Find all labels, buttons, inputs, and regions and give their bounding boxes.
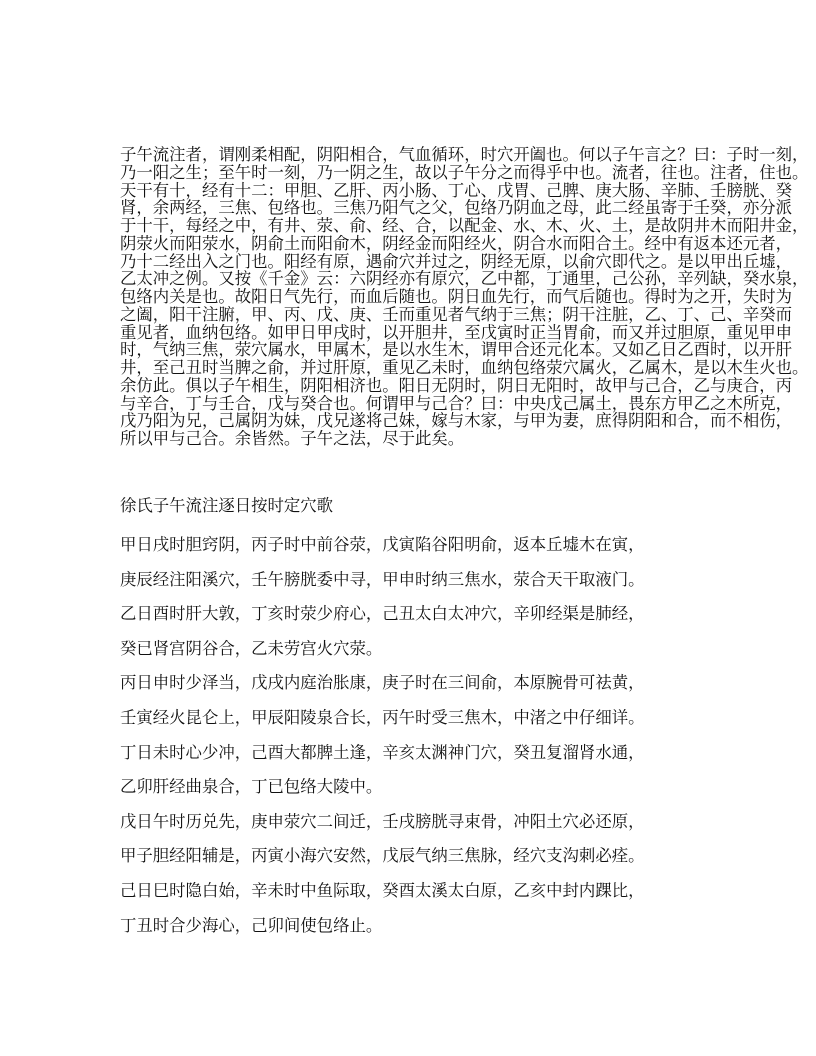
verse-line: 丙日申时少泽当，戊戌内庭治胀康，庚子时在三间俞，本原腕骨可祛黄， (120, 673, 645, 708)
section-heading: 徐氏子午流注逐日按时定穴歌 (120, 496, 333, 516)
prose-line: 肾，余两经，三焦、包络也。三焦乃阳气之父，包络乃阴血之母，此二经虽寄于壬癸，亦分… (120, 199, 700, 217)
prose-line: 重见者，血纳包络。如甲日甲戌时，以开胆井，至戊寅时正当胃俞，而又并过胆原，重见甲… (120, 324, 700, 342)
verse-line: 戊日午时历兑先，庚申荥穴二间迁，壬戌膀胱寻束骨，冲阳土穴必还原， (120, 812, 645, 847)
prose-line: 戊乃阳为兄，己属阴为妹，戊兄遂将己妹，嫁与木家，与甲为妻，庶得阴阳和合，而不相伤… (120, 412, 700, 430)
verse-list: 甲日戌时胆窍阴，丙子时中前谷荥，戊寅陷谷阳明俞，返本丘墟木在寅， 庚辰经注阳溪穴… (120, 535, 645, 950)
verse-line: 乙日酉时肝大敦，丁亥时荥少府心，己丑太白太冲穴，辛卯经渠是肺经， (120, 604, 645, 639)
prose-line: 阴荥火而阳荥水，阴俞土而阳俞木，阴经金而阳经火，阴合水而阳合土。经中有返本还元者… (120, 235, 700, 253)
prose-line: 子午流注者，谓刚柔相配，阴阳相合，气血循环，时穴开阖也。何以子午言之？曰：子时一… (120, 146, 700, 164)
prose-paragraph: 子午流注者，谓刚柔相配，阴阳相合，气血循环，时穴开阖也。何以子午言之？曰：子时一… (120, 146, 700, 448)
prose-line: 之阖，阳干注腑，甲、丙、戊、庚、壬而重见者气纳于三焦；阴干注脏，乙、丁、己、辛癸… (120, 306, 700, 324)
prose-line: 乃一阳之生；至午时一刻，乃一阴之生，故以子午分之而得乎中也。流者，往也。注者，住… (120, 164, 700, 182)
verse-line: 乙卯肝经曲泉合，丁已包络大陵中。 (120, 777, 645, 812)
verse-line: 丁丑时合少海心，己卯间使包络止。 (120, 916, 645, 951)
prose-line: 与辛合，丁与壬合，戊与癸合也。何谓甲与己合？曰：中央戊己属土，畏东方甲乙之木所克… (120, 395, 700, 413)
verse-line: 甲子胆经阳辅是，丙寅小海穴安然，戊辰气纳三焦脉，经穴支沟刺必痊。 (120, 846, 645, 881)
document-page: 子午流注者，谓刚柔相配，阴阳相合，气血循环，时穴开阖也。何以子午言之？曰：子时一… (120, 146, 700, 448)
prose-line: 井，至己丑时当脾之俞，并过肝原，重见乙未时，血纳包络荥穴属火，乙属木，是以木生火… (120, 359, 700, 377)
verse-line: 庚辰经注阳溪穴，壬午膀胱委中寻，甲申时纳三焦水，荥合天干取液门。 (120, 570, 645, 605)
verse-line: 甲日戌时胆窍阴，丙子时中前谷荥，戊寅陷谷阳明俞，返本丘墟木在寅， (120, 535, 645, 570)
prose-line: 于十干，每经之中，有井、荥、俞、经、合，以配金、水、木、火、土，是故阴井木而阳井… (120, 217, 700, 235)
prose-line: 乃十二经出入之门也。阳经有原，遇俞穴并过之，阴经无原，以俞穴即代之。是以甲出丘墟… (120, 253, 700, 271)
prose-line: 时，气纳三焦，荥穴属水，甲属木，是以水生木，谓甲合还元化本。又如乙日乙酉时，以开… (120, 341, 700, 359)
prose-line: 天干有十，经有十二：甲胆、乙肝、丙小肠、丁心、戊胃、己脾、庚大肠、辛肺、壬膀胱、… (120, 182, 700, 200)
verse-line: 癸已肾宫阴谷合，乙未劳宫火穴荥。 (120, 639, 645, 674)
prose-line: 所以甲与己合。余皆然。子午之法，尽于此矣。 (120, 430, 700, 448)
verse-line: 壬寅经火昆仑上，甲辰阳陵泉合长，丙午时受三焦木，中渚之中仔细详。 (120, 708, 645, 743)
prose-line: 乙太冲之例。又按《千金》云：六阴经亦有原穴，乙中都，丁通里，己公孙，辛列缺，癸水… (120, 270, 700, 288)
prose-line: 包络内关是也。故阳日气先行，而血后随也。阴日血先行，而气后随也。得时为之开，失时… (120, 288, 700, 306)
verse-line: 丁日未时心少冲，己酉大都脾土逢，辛亥太渊神门穴，癸丑复溜肾水通， (120, 743, 645, 778)
prose-line: 余仿此。俱以子午相生，阴阳相济也。阳日无阴时，阴日无阳时，故甲与己合，乙与庚合，… (120, 377, 700, 395)
verse-line: 己日巳时隐白始，辛未时中鱼际取，癸酉太溪太白原，乙亥中封内踝比， (120, 881, 645, 916)
